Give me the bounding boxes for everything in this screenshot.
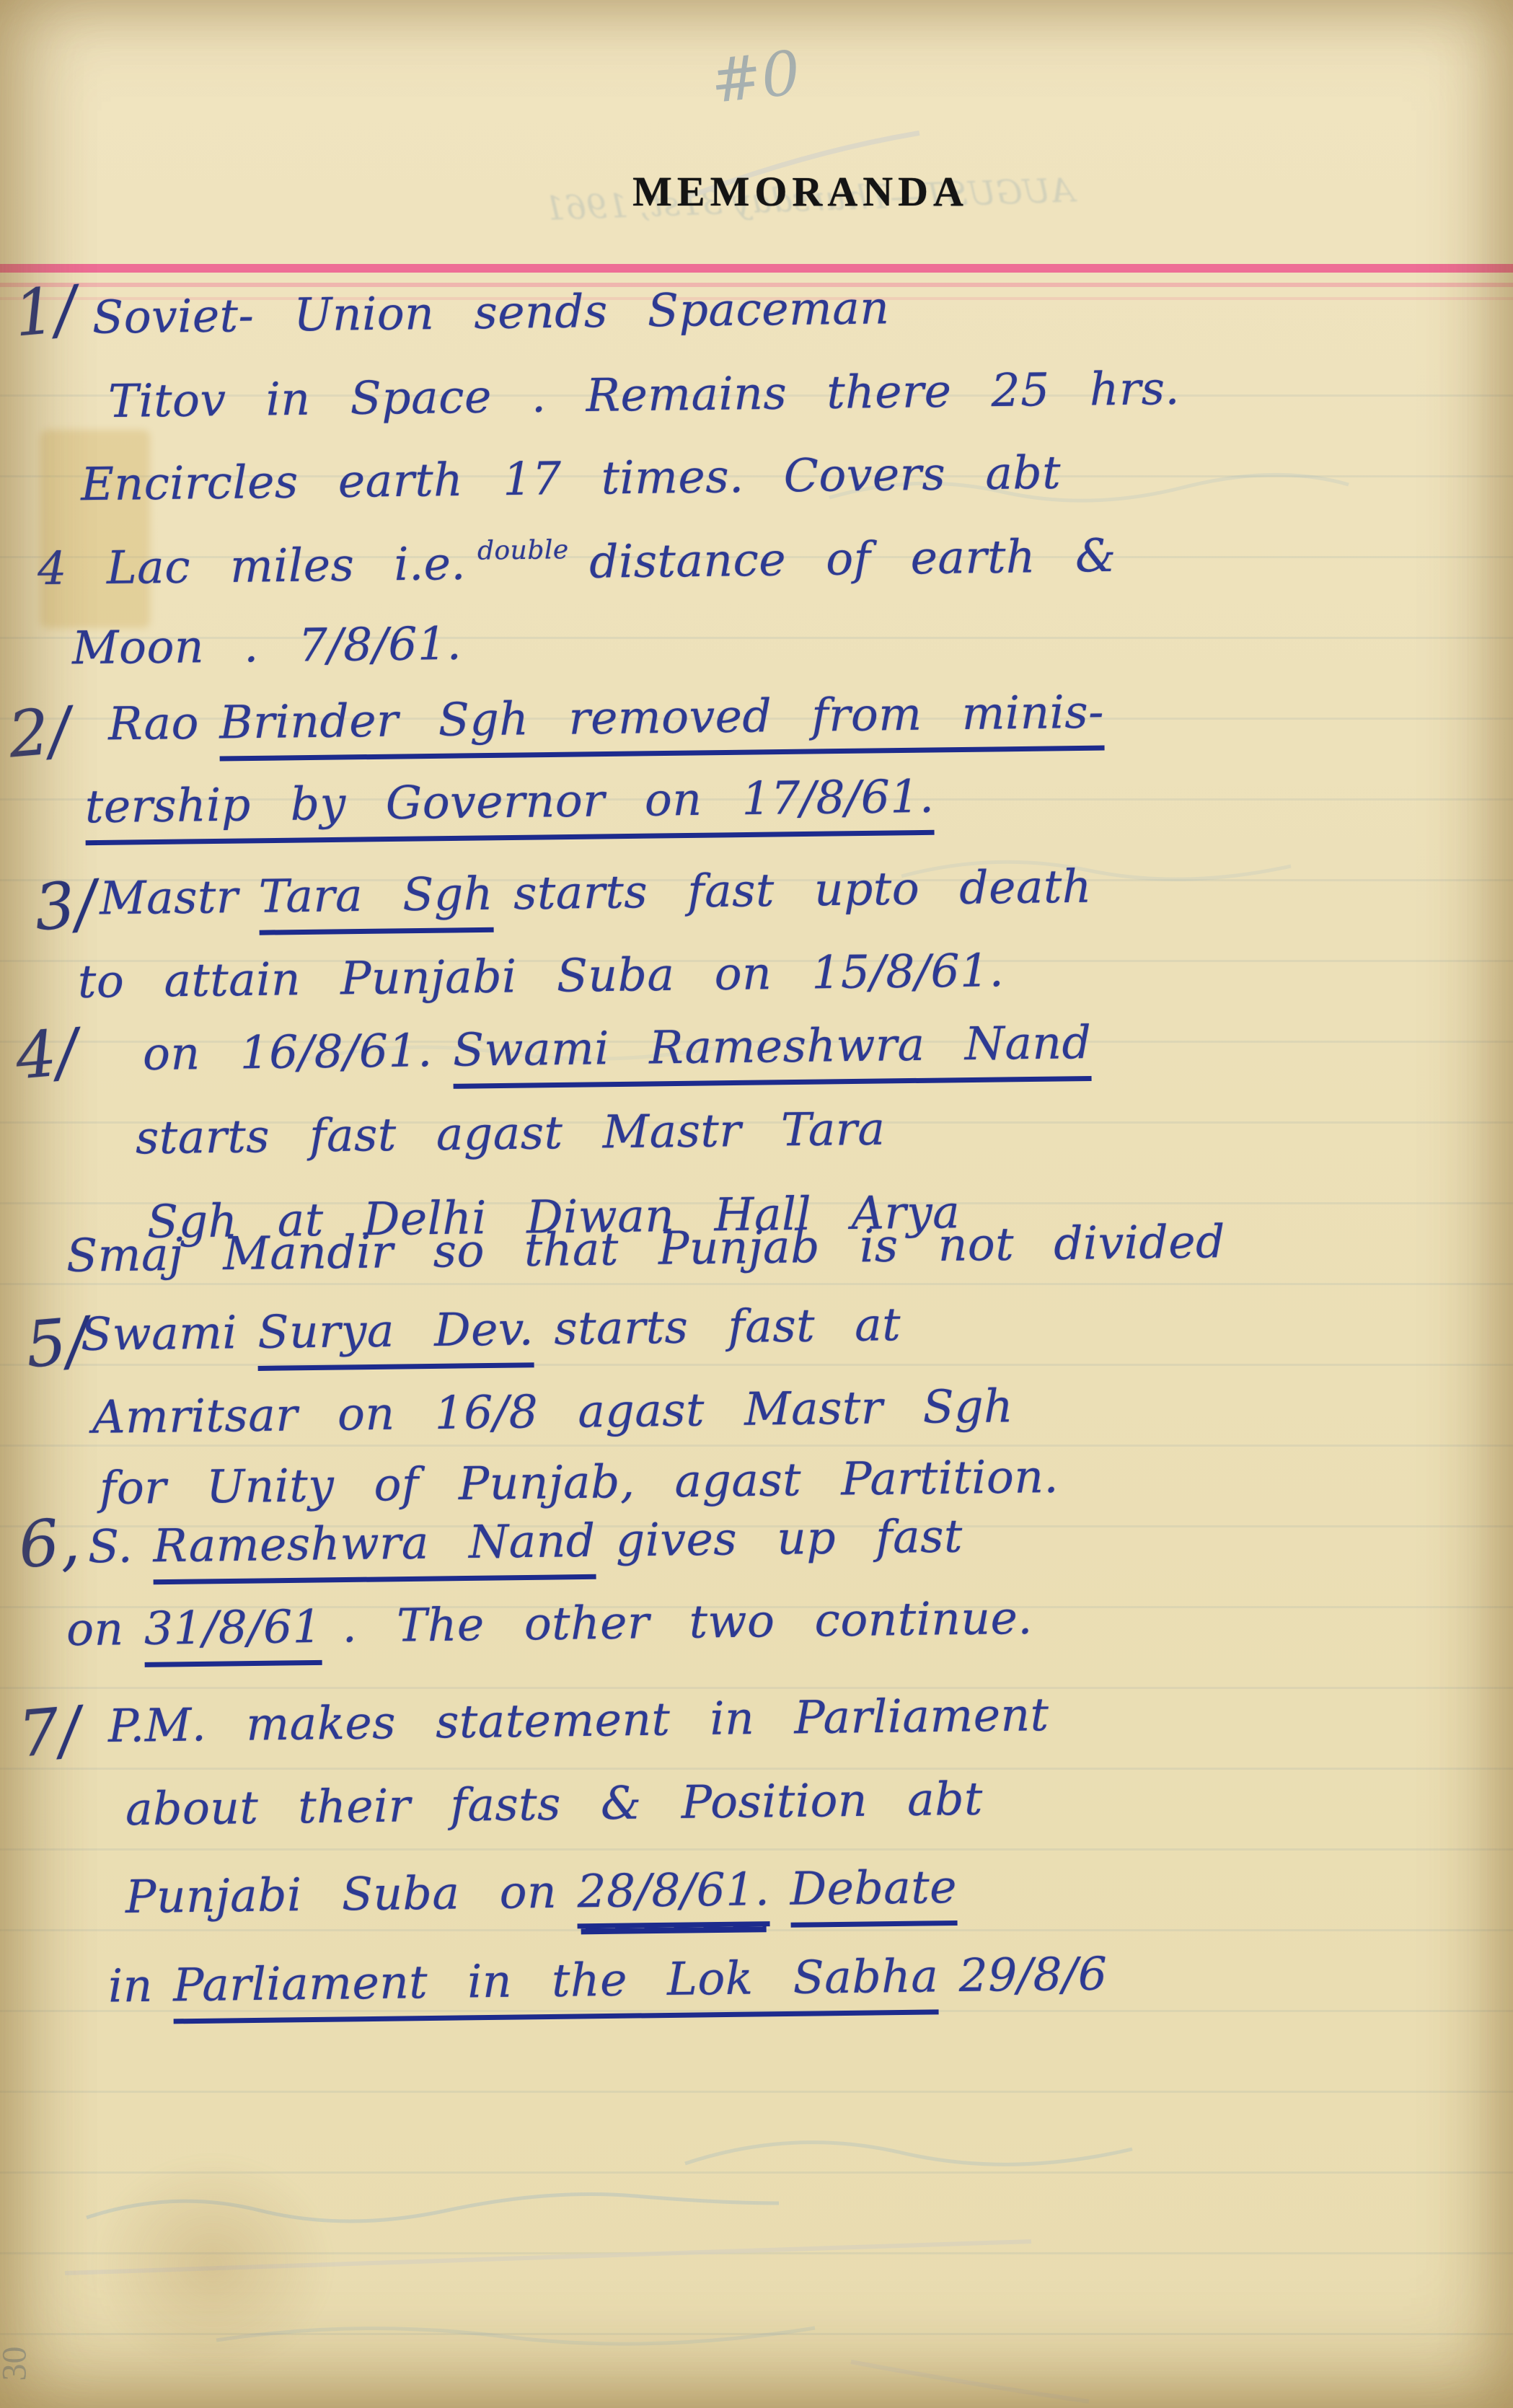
entry-4-number: 4/ [13,1020,80,1088]
handwriting-text: Mastr [100,870,239,925]
memoranda-title: MEMORANDA [632,167,969,216]
entry-4-line-4: Smaj Mandir so that Punjab is not divide… [66,1219,1226,1279]
entry-7-line-1: P.M. makes statement in Parliament [108,1692,1049,1749]
handwriting-text: Titov in Space . Remains there 25 hrs. [108,362,1181,428]
handwriting-text: P.M. makes statement in Parliament [108,1688,1049,1752]
pencil-corner-mark: #0 [707,29,887,182]
handwriting-text: Encircles earth 17 times. Covers abt [81,446,1062,511]
underlined-text: Debate [790,1861,957,1928]
entry-1-line-1: Soviet- Union sends Spaceman [92,285,890,340]
paper-stain [94,2156,332,2373]
entry-7-number: 7/ [16,1698,83,1766]
handwriting-text: starts fast upto death [513,860,1093,920]
handwriting-text: Rao [108,697,200,751]
entry-3-number: 3/ [32,871,99,940]
handwriting-text: to attain Punjabi Suba on 15/8/61. [78,944,1005,1008]
underlined-text: Rameshwra Nand [153,1514,596,1584]
handwriting-text: on [66,1602,124,1656]
entry-5-line-3: for Unity of Punjab, agast Partition. [100,1454,1059,1511]
diary-page: AUGUST—Thursday 31st, 1961 #0 MEMORANDA … [0,0,1513,2408]
handwriting-text: starts fast agast Mastr Tara [136,1103,886,1165]
page-number: 30 [0,2347,35,2381]
entry-7-line-2: about their fasts & Position abt [125,1776,984,1833]
handwriting-text: on 16/8/61. [143,1024,433,1080]
handwriting-text: . The other two continue. [342,1592,1033,1653]
entry-6-number: 6, [16,1509,81,1578]
underlined-text: Tara Sgh [258,868,493,935]
entry-2-number: 2/ [6,698,73,767]
entry-1-line-4: 4 Lac miles i.e.doubledistance of earth … [38,533,1116,591]
underlined-text: Swami Rameshwra Nand [452,1016,1091,1089]
entry-2-line-1: RaoBrinder Sgh removed from minis- [108,689,1105,747]
handwriting-text: Soviet- Union sends Spaceman [92,281,890,343]
handwriting-text: gives up fast [615,1510,963,1567]
handwriting-text: for Unity of Punjab, agast Partition. [100,1450,1059,1514]
handwriting-text: about their fasts & Position abt [125,1773,984,1836]
pink-rule [0,264,1513,273]
underlined-text: tership by Governor on 17/8/61. [85,770,935,845]
double-underlined-date: 28/8/61. [577,1863,770,1928]
handwriting-text: Moon . 7/8/61. [72,617,462,675]
entry-5-line-2: Amritsar on 16/8 agast Mastr Sgh [92,1383,1014,1440]
entry-1-number: 1/ [12,277,79,345]
entry-7-line-4: inParliament in the Lok Sabha29/8/6 [108,1951,1108,2009]
handwriting-text: 4 Lac miles i.e. [38,537,467,595]
entry-3-line-2: to attain Punjabi Suba on 15/8/61. [78,948,1005,1005]
entry-1-line-2: Titov in Space . Remains there 25 hrs. [108,366,1181,424]
handwriting-text: S. [88,1520,133,1574]
handwriting-text: in [108,1959,154,2013]
entry-2-line-2: tership by Governor on 17/8/61. [85,774,935,829]
underlined-text: Brinder Sgh removed from minis- [219,686,1105,762]
underlined-text: Parliament in the Lok Sabha [173,1949,939,2024]
entry-1-line-3: Encircles earth 17 times. Covers abt [81,450,1062,508]
underlined-text: 31/8/61 [144,1600,322,1667]
pencil-corner-text: #0 [707,38,803,117]
handwriting-text: Amritsar on 16/8 agast Mastr Sgh [92,1380,1014,1444]
entry-6-line-1: S.Rameshwra Nandgives up fast [88,1514,963,1570]
entry-6-line-2: on31/8/61. The other two continue. [66,1595,1033,1652]
entry-5-line-1: SwamiSurya Dev.starts fast at [81,1302,901,1357]
superscript-word: double [477,535,569,566]
handwriting-text: Swami [81,1306,238,1361]
handwriting-text: starts fast at [554,1298,901,1355]
entry-3-line-1: MastrTara Sghstarts fast upto death [100,864,1093,922]
handwriting-text: distance of earth & [589,529,1116,588]
entry-4-line-2: starts fast agast Mastr Tara [136,1106,886,1161]
handwriting-text: Punjabi Suba on [125,1866,557,1923]
entry-7-line-3: Punjabi Suba on28/8/61.Debate [125,1864,958,1920]
underlined-text: Surya Dev. [257,1302,534,1371]
entry-4-line-1: on 16/8/61.Swami Rameshwra Nand [143,1020,1092,1077]
handwriting-text: 29/8/6 [958,1948,1108,2003]
entry-1-line-5: Moon . 7/8/61. [72,621,462,671]
